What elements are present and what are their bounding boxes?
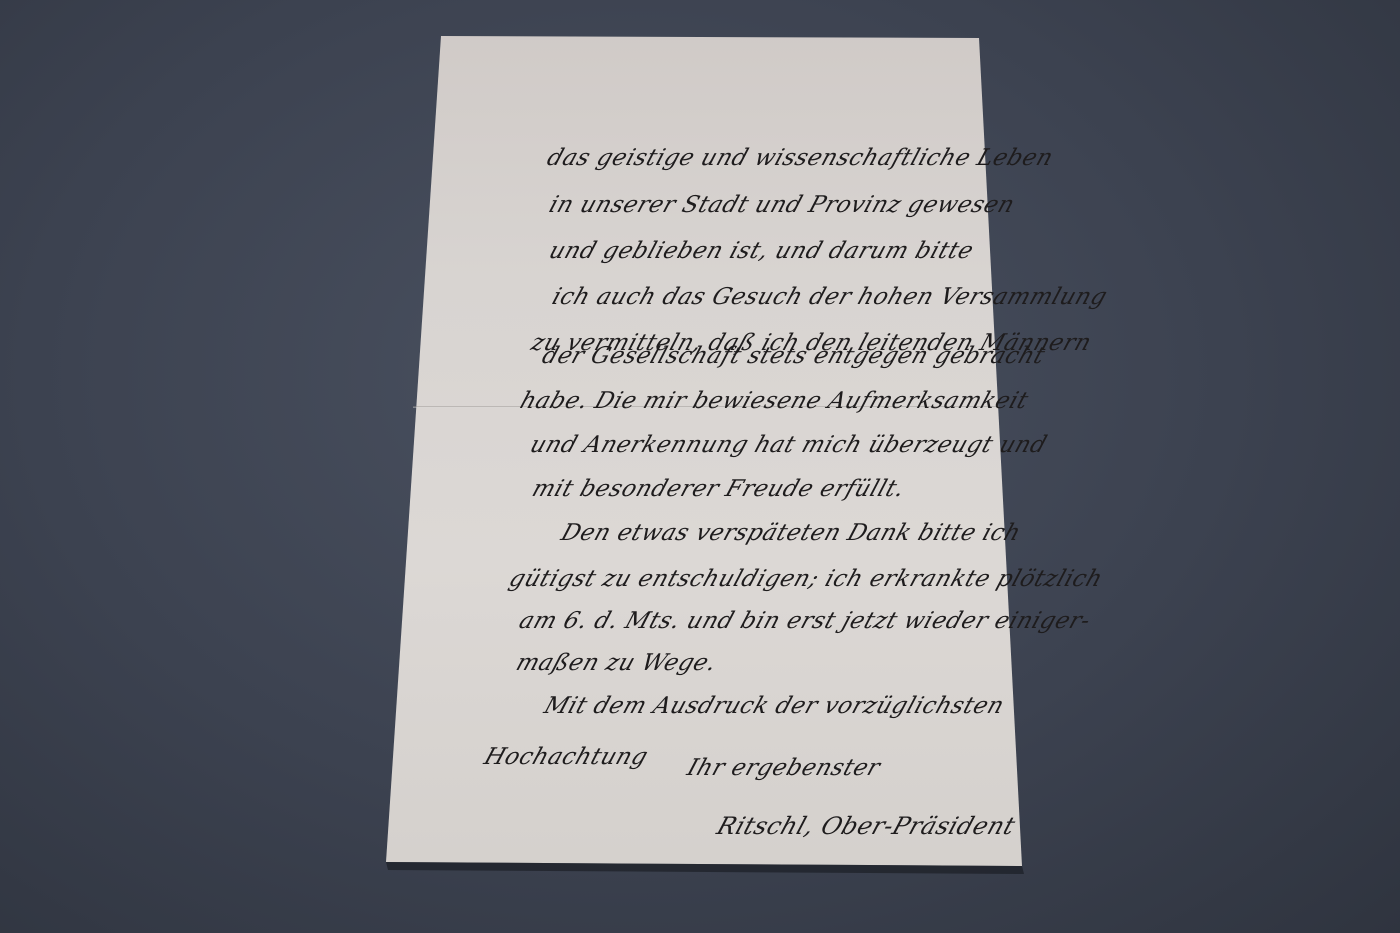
letter-line: Mit dem Ausdruck der vorzüglichsten — [541, 693, 1008, 719]
letter-line: und Anerkennung hat mich überzeugt und — [527, 432, 1051, 458]
letter-signature: Ritschl, Ober-Präsident — [713, 812, 1019, 840]
letter-closing: Ihr ergebenster — [684, 755, 884, 781]
letter-line: und geblieben ist, und darum bitte — [546, 238, 977, 264]
letter-line: am 6. d. Mts. und bin erst jetzt wieder … — [516, 608, 1094, 634]
letter-line: Den etwas verspäteten Dank bitte ich — [558, 520, 1024, 546]
letter-line: gütigst zu entschuldigen; ich erkrankte … — [506, 566, 1106, 592]
letter-line: mit besonderer Freude erfüllt. — [529, 476, 908, 502]
letter-line: Hochachtung — [481, 744, 652, 770]
letter-line: in unserer Stadt und Provinz gewesen — [546, 192, 1018, 218]
letter-line: habe. Die mir bewiesene Aufmerksamkeit — [517, 388, 1032, 414]
letter-line: das geistige und wissenschaftliche Leben — [544, 145, 1057, 171]
letter-line: ich auch das Gesuch der hohen Versammlun… — [549, 284, 1111, 310]
letter-line: der Gesellschaft stets entgegen gebracht — [539, 343, 1049, 369]
letter-line: maßen zu Wege. — [513, 650, 720, 676]
letter-paper — [0, 0, 1400, 933]
